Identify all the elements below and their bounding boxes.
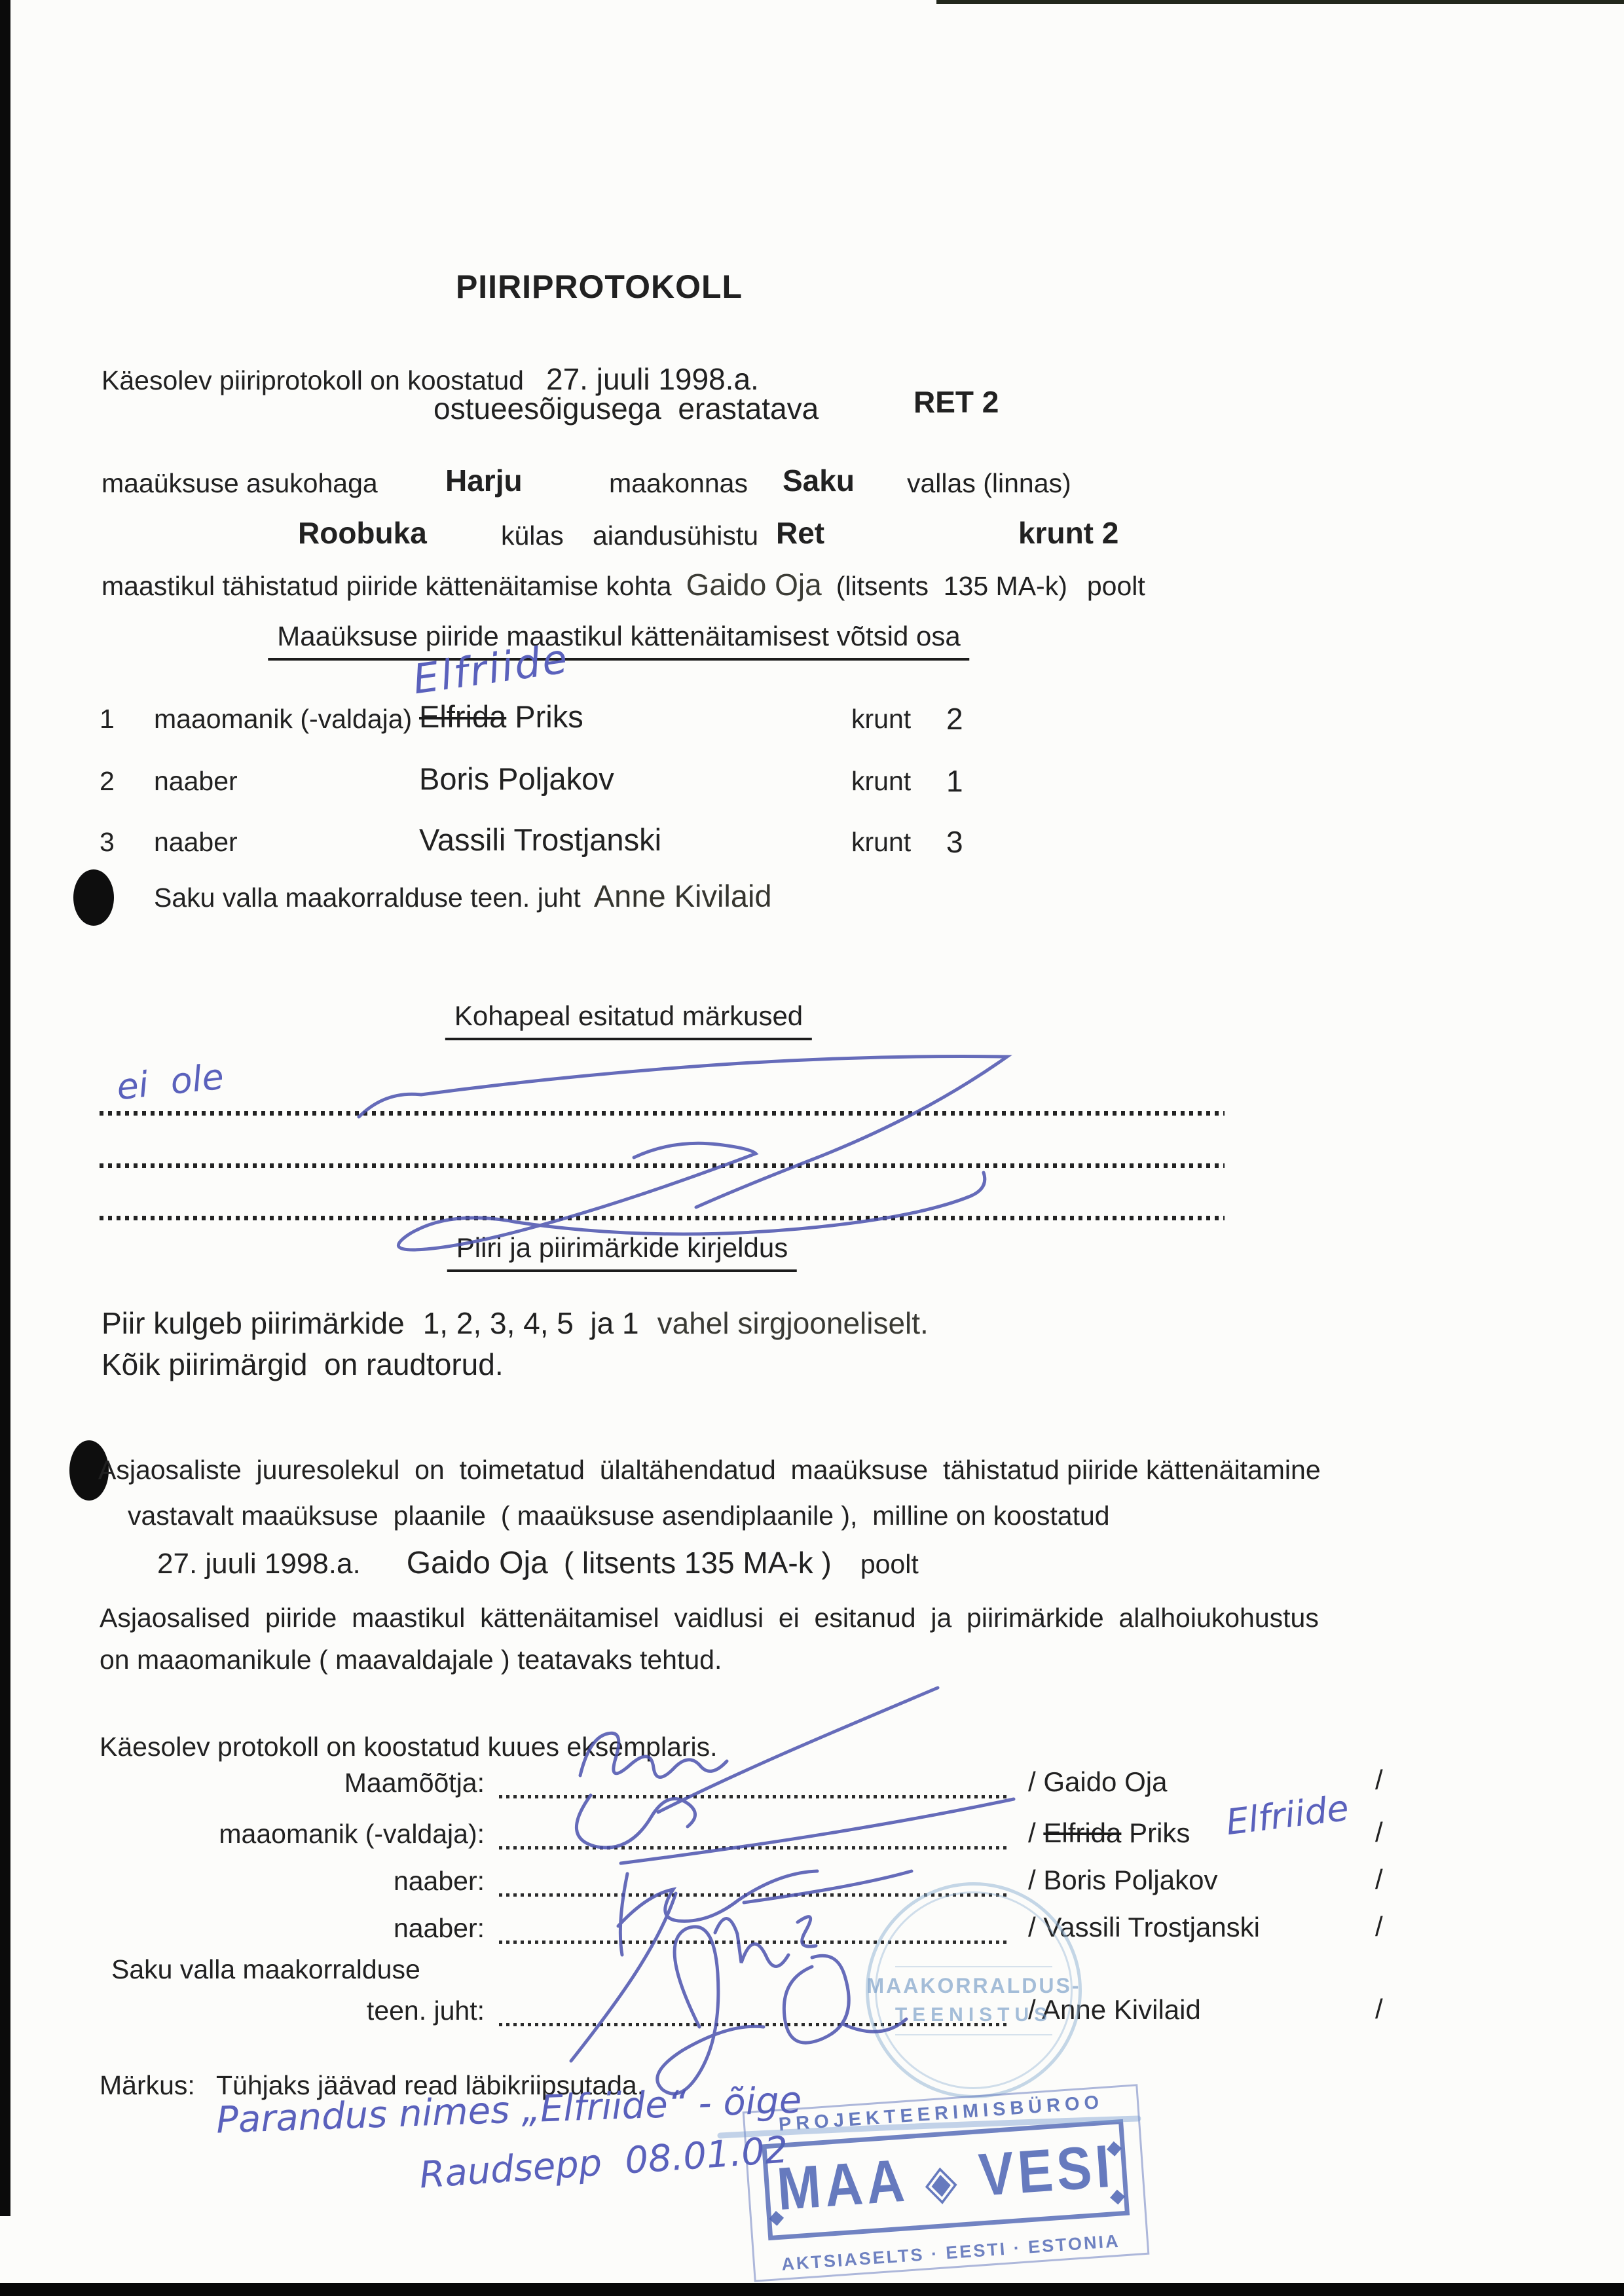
border-line-1-lead: Piir kulgeb piirimärkide xyxy=(101,1306,405,1340)
row-number: 1 xyxy=(100,704,115,735)
remarks-dotted-line xyxy=(100,1163,1225,1168)
diamond-icon: ◆ xyxy=(1106,2136,1122,2160)
participant-role: naaber xyxy=(154,827,238,858)
border-description-heading: Piiri ja piirimärkide kirjeldus xyxy=(447,1232,797,1272)
krunt-number: 1 xyxy=(946,764,963,799)
municipality-value: Saku xyxy=(783,464,855,498)
official-label-line2: teen. juht: xyxy=(196,1995,485,2026)
ink-blot xyxy=(73,869,114,926)
official-signature xyxy=(784,1956,849,2043)
privatization-type: ostueesõigusega erastatava xyxy=(434,392,819,426)
remarks-heading: Kohapeal esitatud märkused xyxy=(445,1000,812,1040)
signature-label: maaomanik (-valdaja): xyxy=(196,1819,485,1850)
scanned-border-protocol-page: PIIRIPROTOKOLL Käesolev piiriprotokoll o… xyxy=(0,0,1624,2296)
participant-name: Vassili Trostjanski xyxy=(419,822,661,858)
statement1-line1: Asjaosaliste juuresolekul on toimetatud … xyxy=(98,1455,1321,1485)
closing-slash: / xyxy=(1375,1817,1383,1848)
closing-slash: / xyxy=(1375,1994,1383,2025)
border-line-1-tail: vahel sirgjooneliselt. xyxy=(657,1306,929,1340)
statement1-line2: vastavalt maaüksuse plaanile ( maaüksuse… xyxy=(128,1501,1110,1531)
round-stamp-rule xyxy=(895,2034,1052,2035)
rect-stamp-main-text: MAA ◈ VESI xyxy=(767,2130,1124,2224)
krunt-number: 3 xyxy=(946,825,963,860)
round-stamp-text-line1: MAAKORRALDUS- xyxy=(866,1974,1082,1998)
stamp-word-maa: MAA xyxy=(775,2146,908,2222)
strikeout-z-flourish xyxy=(359,1057,1007,1207)
scan-edge-top xyxy=(936,0,1624,4)
signature-label: naaber: xyxy=(196,1866,485,1897)
surveyor-line-lead: maastikul tähistatud piiride kättenäitam… xyxy=(101,571,672,601)
statement1-line3: 27. juuli 1998.a.Gaido Oja( litsents 135… xyxy=(157,1545,919,1581)
round-stamp-rule xyxy=(895,1966,1052,1967)
handwritten-ei-ole: ei ole xyxy=(115,1057,225,1108)
official-row: Saku valla maakorralduse teen. juhtAnne … xyxy=(154,879,772,914)
official-label-line1: Saku valla maakorralduse xyxy=(111,1954,420,1985)
signatory-name: / Gaido Oja xyxy=(1028,1766,1167,1798)
surveyor-line-tail: poolt xyxy=(1087,571,1145,601)
scan-edge-bottom xyxy=(0,2283,1624,2296)
municipality-word: vallas (linnas) xyxy=(907,468,1071,499)
participants-heading: Maaüksuse piiride maastikul kättenäitami… xyxy=(268,621,969,661)
official-role: Saku valla maakorralduse teen. juht xyxy=(154,883,581,913)
struck-first-name: Elfrida xyxy=(419,699,506,734)
statement2-line2: on maaomanikule ( maavaldajale ) teatava… xyxy=(100,1645,722,1675)
signatory-surname: Priks xyxy=(1121,1817,1190,1848)
participant-role: naaber xyxy=(154,766,238,797)
closing-slash: / xyxy=(1375,1764,1383,1796)
closing-slash: / xyxy=(1375,1911,1383,1942)
remarks-dotted-line xyxy=(100,1216,1225,1220)
page-title: PIIRIPROTOKOLL xyxy=(456,268,743,306)
diamond-icon: ◆ xyxy=(1109,2184,1126,2208)
participant-name: Elfrida Priks xyxy=(419,699,583,735)
village-value: Roobuka xyxy=(298,516,427,551)
handwritten-name-correction: Elfriide xyxy=(1224,1788,1351,1844)
round-office-stamp: MAAKORRALDUS- TEENISTUS xyxy=(866,1882,1082,2098)
closing-slash: / xyxy=(1375,1864,1383,1895)
statement1-license: ( litsents 135 MA-k ) xyxy=(564,1546,832,1580)
krunt-word: krunt xyxy=(851,827,911,858)
krunt-number: 2 xyxy=(946,702,963,737)
signature-label: Maamõõtja: xyxy=(196,1768,485,1798)
participant-surname: Priks xyxy=(506,699,583,734)
landowner-signature xyxy=(576,1795,695,1848)
statement2-line1: Asjaosalised piiride maastikul kättenäit… xyxy=(100,1603,1319,1633)
participant-role: maaomanik (-valdaja) xyxy=(154,704,412,735)
copies-line: Käesolev protokoll on koostatud kuues ek… xyxy=(100,1732,718,1762)
struck-first-name: Elfrida xyxy=(1043,1817,1121,1848)
county-value: Harju xyxy=(445,464,523,498)
scan-edge-left xyxy=(0,0,10,2216)
krunt-word: krunt xyxy=(851,704,911,735)
row-number: 3 xyxy=(100,827,115,858)
diamond-icon: ◆ xyxy=(768,2205,784,2229)
pen-strokes-overlay xyxy=(0,0,1624,2296)
plot-value: krunt 2 xyxy=(1018,516,1118,551)
statement1-surveyor: Gaido Oja xyxy=(407,1546,548,1580)
official-signature xyxy=(657,1927,764,2094)
row-number: 2 xyxy=(100,766,115,797)
signatory-name: / Elfrida Priks xyxy=(1028,1817,1190,1849)
participant-name: Boris Poljakov xyxy=(419,761,614,797)
signature-dotted-line xyxy=(499,1795,1010,1798)
official-signature xyxy=(571,1893,676,2061)
name-prefix: / xyxy=(1028,1817,1043,1848)
association-word: aiandusühistu xyxy=(593,520,758,551)
border-mark-numbers: 1, 2, 3, 4, 5 ja 1 xyxy=(423,1306,639,1340)
handwritten-signature-date: Raudsepp 08.01.02 xyxy=(418,2129,789,2197)
maa-vesi-company-stamp: PROJEKTEERIMISBÜROO MAA ◈ VESI ◆ ◆ ◆ AKT… xyxy=(749,2090,1143,2276)
stamp-word-vesi: VESI xyxy=(976,2132,1116,2208)
signature-dotted-line xyxy=(499,1846,1010,1850)
border-line-1: Piir kulgeb piirimärkide1, 2, 3, 4, 5 ja… xyxy=(101,1306,929,1341)
landowner-signature xyxy=(621,1799,1014,1863)
diamond-logo-icon: ◈ xyxy=(923,2153,963,2210)
surveyor-line: maastikul tähistatud piiride kättenäitam… xyxy=(101,568,1145,602)
signature-label: naaber: xyxy=(196,1913,485,1944)
border-line-2: Kõik piirimärgid on raudtorud. xyxy=(101,1347,504,1382)
official-name: Anne Kivilaid xyxy=(594,879,772,913)
surveyor-license: (litsents 135 MA-k) xyxy=(836,571,1067,601)
village-word: külas xyxy=(501,520,564,551)
krunt-word: krunt xyxy=(851,766,911,797)
county-word: maakonnas xyxy=(609,468,748,499)
association-value: Ret xyxy=(776,516,824,551)
location-lead: maaüksuse asukohaga xyxy=(101,468,378,499)
ret-code: RET 2 xyxy=(913,385,999,420)
note-label: Märkus: xyxy=(100,2070,195,2101)
statement1-tail: poolt xyxy=(860,1549,919,1579)
statement1-date: 27. juuli 1998.a. xyxy=(157,1548,361,1580)
round-stamp-text-line2: TEENISTUS xyxy=(866,2004,1082,2026)
remarks-dotted-line xyxy=(100,1111,1225,1116)
surveyor-name: Gaido Oja xyxy=(686,568,822,602)
